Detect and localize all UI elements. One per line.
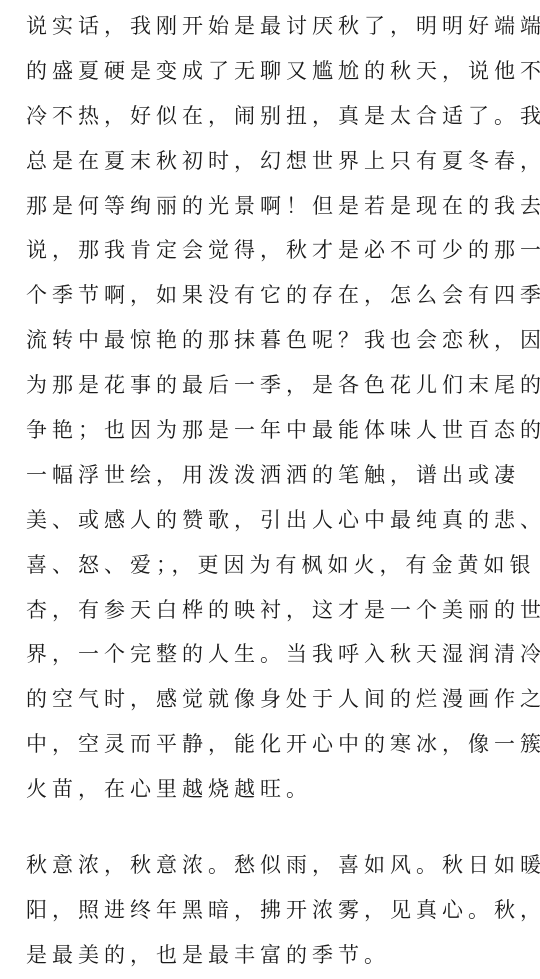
text-line: 冷不热，好似在，闹别扭，真是太合适了。我 (26, 94, 506, 139)
paragraph-2: 秋意浓，秋意浓。愁似雨，喜如风。秋日如暖 阳，照进终年黑暗，拂开浓雾，见真心。秋… (26, 843, 506, 978)
text-line: 美、或感人的赞歌，引出人心中最纯真的悲、 (26, 498, 506, 543)
text-line: 那是何等绚丽的光景啊！但是若是现在的我去 (26, 184, 506, 229)
text-line: 的盛夏硬是变成了无聊又尴尬的秋天，说他不 (26, 49, 506, 94)
text-line: 说，那我肯定会觉得，秋才是必不可少的那一 (26, 228, 506, 273)
text-line: 是最美的，也是最丰富的季节。 (26, 933, 506, 978)
text-line: 个季节啊，如果没有它的存在，怎么会有四季 (26, 273, 506, 318)
text-line: 阳，照进终年黑暗，拂开浓雾，见真心。秋， (26, 888, 506, 933)
text-line: 秋意浓，秋意浓。愁似雨，喜如风。秋日如暖 (26, 843, 506, 888)
paragraph-1: 说实话，我刚开始是最讨厌秋了，明明好端端 的盛夏硬是变成了无聊又尴尬的秋天，说他… (26, 4, 506, 812)
text-line: 的空气时，感觉就像身处于人间的烂漫画作之 (26, 677, 506, 722)
text-line: 火苗，在心里越烧越旺。 (26, 767, 506, 812)
text-line: 喜、怒、爱；，更因为有枫如火，有金黄如银 (26, 543, 506, 588)
text-line: 总是在夏末秋初时，幻想世界上只有夏冬春， (26, 139, 506, 184)
text-line: 杏，有参天白桦的映衬，这才是一个美丽的世 (26, 588, 506, 633)
text-line: 说实话，我刚开始是最讨厌秋了，明明好端端 (26, 4, 506, 49)
text-line: 中，空灵而平静，能化开心中的寒冰，像一簇 (26, 722, 506, 767)
text-line: 流转中最惊艳的那抹暮色呢？我也会恋秋，因 (26, 318, 506, 363)
text-line: 界，一个完整的人生。当我呼入秋天湿润清冷 (26, 632, 506, 677)
text-line: 一幅浮世绘，用泼泼洒洒的笔触，谱出或凄 (26, 453, 506, 498)
text-line: 为那是花事的最后一季，是各色花儿们末尾的 (26, 363, 506, 408)
text-line: 争艳；也因为那是一年中最能体味人世百态的 (26, 408, 506, 453)
essay-document: 说实话，我刚开始是最讨厌秋了，明明好端端 的盛夏硬是变成了无聊又尴尬的秋天，说他… (0, 0, 540, 979)
